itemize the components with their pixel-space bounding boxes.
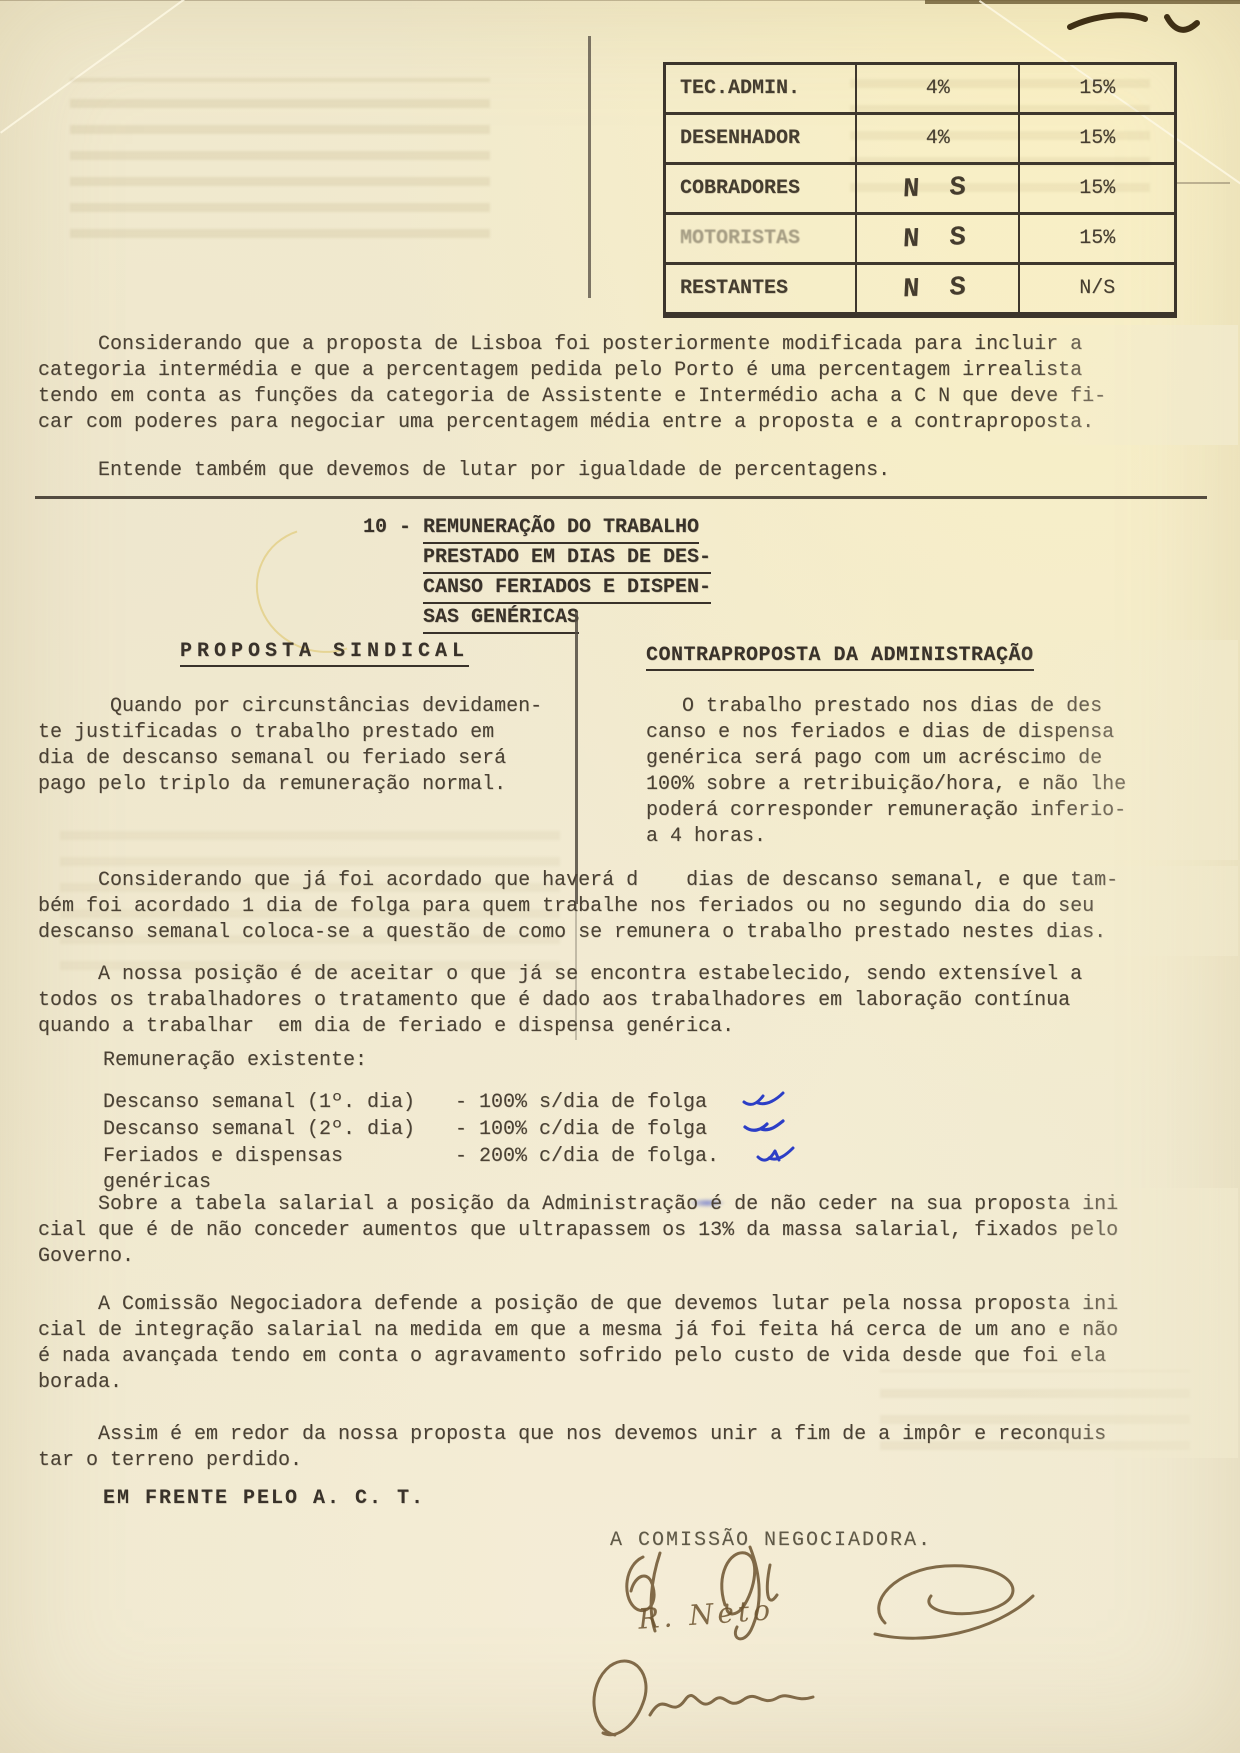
table-cell-value1: N S xyxy=(857,165,1020,212)
list-item-label: Descanso semanal (1º. dia) xyxy=(103,1090,455,1119)
table-cell-category: RESTANTES xyxy=(666,265,857,312)
bleed-through-ghost xyxy=(70,78,490,238)
paragraph-assim-em-redor: Assim é em redor da nossa proposta que n… xyxy=(38,1422,1228,1474)
table-row: COBRADORES N S 15% xyxy=(666,165,1174,215)
table-row: RESTANTES N S N/S xyxy=(666,265,1174,315)
table-cell-value2: 15% xyxy=(1020,115,1174,162)
list-item-value: - 100% c/dia de folga xyxy=(455,1117,707,1146)
table-cell-value2: 15% xyxy=(1020,165,1174,212)
horizontal-rule xyxy=(35,496,1207,499)
stray-dash xyxy=(1175,182,1230,184)
section-heading-line: CANSO FERIADOS E DISPEN- xyxy=(423,574,711,604)
section-number: 10 - xyxy=(363,516,423,539)
paragraph-considerando-acordado: Considerando que já foi acordado que hav… xyxy=(38,868,1228,946)
table-cell-value1: N S xyxy=(857,215,1020,262)
paragraph-nossa-posicao: A nossa posição é de aceitar o que já se… xyxy=(38,962,1228,1040)
list-item: Descanso semanal (2º. dia) - 100% c/dia … xyxy=(103,1117,785,1146)
table-row: DESENHADOR 4% 15% xyxy=(666,115,1174,165)
column-header-proposta-sindical: PROPOSTA SINDICAL xyxy=(180,640,469,667)
paragraph-contraproposta: O trabalho prestado nos dias de des cans… xyxy=(646,694,1166,850)
pen-mark-icon xyxy=(1055,2,1215,42)
paragraph-comissao-negociadora: A Comissão Negociadora defende a posição… xyxy=(38,1292,1228,1396)
signature-swoosh xyxy=(879,1566,1013,1623)
slogan-em-frente: EM FRENTE PELO A. C. T. xyxy=(103,1486,425,1512)
table-cell-value2: 15% xyxy=(1020,65,1174,112)
list-item-label: Descanso semanal (2º. dia) xyxy=(103,1117,455,1146)
vertical-rule-top xyxy=(588,36,591,298)
table-cell-value2: 15% xyxy=(1020,215,1174,262)
scanned-document-page: TEC.ADMIN. 4% 15% DESENHADOR 4% 15% COBR… xyxy=(0,0,1240,1753)
table-row: TEC.ADMIN. 4% 15% xyxy=(666,65,1174,115)
list-title-remuneracao-existente: Remuneração existente: xyxy=(103,1048,367,1074)
section-heading-line: REMUNERAÇÃO DO TRABALHO xyxy=(423,514,699,544)
table-cell-category: DESENHADOR xyxy=(666,115,857,162)
table-cell-value1: 4% xyxy=(857,65,1020,112)
table-cell-value1: 4% xyxy=(857,115,1020,162)
table-cell-category: COBRADORES xyxy=(666,165,857,212)
list-item-value: - 100% s/dia de folga xyxy=(455,1090,707,1119)
list-item-label: Feriados e dispensas genéricas xyxy=(103,1144,455,1196)
paragraph-proposta-sindical: Quando por circunstâncias devidamen- te … xyxy=(38,694,578,798)
table-cell-category: TEC.ADMIN. xyxy=(666,65,857,112)
fold-crease-left xyxy=(0,0,191,134)
table-cell-value1: N S xyxy=(857,265,1020,312)
blue-checkmark-icon xyxy=(741,1090,785,1119)
table-cell-category: MOTORISTAS xyxy=(666,215,857,262)
list-item-value: - 200% c/dia de folga. xyxy=(455,1144,719,1196)
column-divider-rule xyxy=(575,612,578,904)
table-row: MOTORISTAS N S 15% xyxy=(666,215,1174,265)
section-heading-line: PRESTADO EM DIAS DE DES- xyxy=(423,544,711,574)
section-heading-10: 10 - REMUNERAÇÃO DO TRABALHO PRESTADO EM… xyxy=(363,514,711,634)
signature-flourish xyxy=(594,1661,646,1735)
signature-scribbles xyxy=(565,1535,1055,1750)
column-header-contraproposta: CONTRAPROPOSTA DA ADMINISTRAÇÃO xyxy=(646,644,1034,671)
section-heading-line: SAS GENÉRICAS xyxy=(423,604,579,634)
blue-checkmark-icon xyxy=(753,1144,797,1196)
table-cell-value2: N/S xyxy=(1020,265,1174,312)
paragraph-considerando-lisboa: Considerando que a proposta de Lisboa fo… xyxy=(38,332,1228,436)
percentages-table: TEC.ADMIN. 4% 15% DESENHADOR 4% 15% COBR… xyxy=(663,62,1177,318)
paragraph-sobre-tabela-salarial: Sobre a tabela salarial a posição da Adm… xyxy=(38,1192,1228,1270)
list-item: Descanso semanal (1º. dia) - 100% s/dia … xyxy=(103,1090,785,1119)
blue-checkmark-icon xyxy=(741,1117,785,1146)
paragraph-entende-tambem: Entende também que devemos de lutar por … xyxy=(38,458,1228,484)
list-item: Feriados e dispensas genéricas - 200% c/… xyxy=(103,1144,797,1196)
